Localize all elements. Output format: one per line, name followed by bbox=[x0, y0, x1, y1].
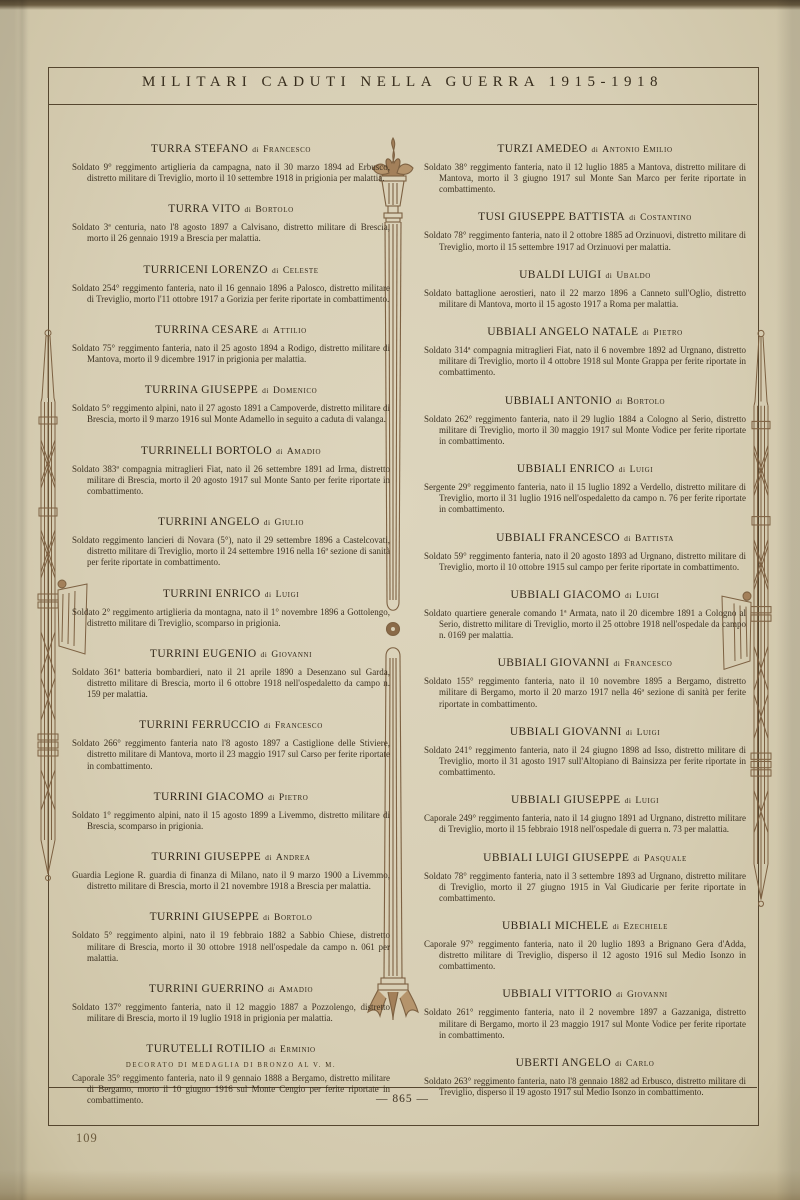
patronymic-connector: di bbox=[252, 145, 259, 154]
patronymic-connector: di bbox=[625, 591, 632, 600]
patronymic-connector: di bbox=[268, 985, 275, 994]
father-name: Francesco bbox=[624, 659, 672, 669]
soldier-name: TURRA VITO bbox=[168, 203, 240, 215]
father-name: Ezechiele bbox=[623, 922, 668, 932]
casualty-entry: TURRINI FERRUCCIO di Francesco Soldato 2… bbox=[72, 715, 390, 771]
patronymic-connector: di bbox=[269, 1045, 276, 1054]
casualty-entry: UBBIALI GIACOMO di Luigi Soldato quartie… bbox=[424, 585, 746, 641]
entry-text: Soldato 254° reggimento fanteria, nato i… bbox=[72, 283, 390, 305]
soldier-name: UBBIALI MICHELE bbox=[502, 920, 609, 932]
entry-text: Soldato 241° reggimento fanteria, nato i… bbox=[424, 745, 746, 778]
entry-text: Soldato 78° reggimento fanteria, nato il… bbox=[424, 230, 746, 252]
patronymic-connector: di bbox=[263, 913, 270, 922]
entry-heading: TURZI AMEDEO di Antonio Emilio bbox=[424, 139, 746, 157]
casualty-entry: TURRINA CESARE di Attilio Soldato 75° re… bbox=[72, 320, 390, 365]
title-divider-rule bbox=[48, 104, 757, 105]
patronymic-connector: di bbox=[272, 266, 279, 275]
soldier-name: UBBIALI ANTONIO bbox=[505, 395, 612, 407]
patronymic-connector: di bbox=[276, 447, 283, 456]
patronymic-connector: di bbox=[619, 465, 626, 474]
casualty-entry: UBERTI ANGELO di Carlo Soldato 263° regg… bbox=[424, 1053, 746, 1098]
entry-text: Soldato 314ª compagnia mitraglieri Fiat,… bbox=[424, 345, 746, 378]
scanned-book-page: MILITARI CADUTI NELLA GUERRA 1915-1918 bbox=[0, 0, 800, 1200]
patronymic-connector: di bbox=[262, 386, 269, 395]
entry-heading: TURRINI GIUSEPPE di Bortolo bbox=[72, 907, 390, 925]
entry-heading: TUSI GIUSEPPE BATTISTA di Costantino bbox=[424, 207, 746, 225]
entry-heading: UBERTI ANGELO di Carlo bbox=[424, 1053, 746, 1071]
patronymic-connector: di bbox=[264, 721, 271, 730]
father-name: Attilio bbox=[273, 326, 307, 336]
soldier-name: UBBIALI GIACOMO bbox=[511, 589, 621, 601]
casualty-entry: UBBIALI FRANCESCO di Battista Soldato 59… bbox=[424, 528, 746, 573]
entry-text: Soldato reggimento lancieri di Novara (5… bbox=[72, 535, 390, 568]
casualty-entry: UBBIALI MICHELE di Ezechiele Caporale 97… bbox=[424, 916, 746, 972]
casualty-entry: TURRINA GIUSEPPE di Domenico Soldato 5° … bbox=[72, 380, 390, 425]
patronymic-connector: di bbox=[616, 397, 623, 406]
casualty-entry: UBBIALI VITTORIO di Giovanni Soldato 261… bbox=[424, 984, 746, 1040]
entry-text: Soldato 262° reggimento fanteria, nato i… bbox=[424, 414, 746, 447]
entry-heading: UBBIALI ANGELO NATALE di Pietro bbox=[424, 322, 746, 340]
entry-heading: UBBIALI GIOVANNI di Francesco bbox=[424, 653, 746, 671]
patronymic-connector: di bbox=[625, 796, 632, 805]
entry-text: Caporale 97° reggimento fanteria, nato i… bbox=[424, 939, 746, 972]
patronymic-connector: di bbox=[262, 326, 269, 335]
casualty-entry: TURRINI EUGENIO di Giovanni Soldato 361ª… bbox=[72, 644, 390, 700]
patronymic-connector: di bbox=[591, 145, 598, 154]
soldier-name: TURRINI GIUSEPPE bbox=[151, 851, 261, 863]
soldier-name: TURRINA GIUSEPPE bbox=[145, 384, 258, 396]
father-name: Celeste bbox=[283, 266, 319, 276]
entry-text: Soldato 5° reggimento alpini, nato il 19… bbox=[72, 930, 390, 963]
entry-heading: TURRINI ENRICO di Luigi bbox=[72, 584, 390, 602]
soldier-name: UBERTI ANGELO bbox=[516, 1057, 612, 1069]
page-title: MILITARI CADUTI NELLA GUERRA 1915-1918 bbox=[48, 74, 757, 91]
father-name: Giulio bbox=[275, 518, 305, 528]
casualty-entry: UBBIALI GIOVANNI di Luigi Soldato 241° r… bbox=[424, 722, 746, 778]
entry-text: Soldato 383ª compagnia mitraglieri Fiat,… bbox=[72, 464, 390, 497]
father-name: Erminio bbox=[280, 1045, 316, 1055]
soldier-name: UBALDI LUIGI bbox=[519, 269, 601, 281]
page-number: — 865 — bbox=[48, 1093, 757, 1105]
entry-text: Soldato 9° reggimento artiglieria da cam… bbox=[72, 162, 390, 184]
entry-heading: TURRICENI LORENZO di Celeste bbox=[72, 260, 390, 278]
soldier-name: TURRICENI LORENZO bbox=[143, 264, 268, 276]
father-name: Luigi bbox=[637, 728, 661, 738]
casualty-entry: UBBIALI GIUSEPPE di Luigi Caporale 249° … bbox=[424, 790, 746, 835]
entry-heading: TURRINA CESARE di Attilio bbox=[72, 320, 390, 338]
father-name: Pasquale bbox=[644, 854, 687, 864]
father-name: Antonio Emilio bbox=[602, 145, 672, 155]
casualty-entry: UBALDI LUIGI di Ubaldo Soldato battaglio… bbox=[424, 265, 746, 310]
soldier-name: TURRINI FERRUCCIO bbox=[139, 719, 260, 731]
entry-heading: UBBIALI FRANCESCO di Battista bbox=[424, 528, 746, 546]
soldier-name: UBBIALI GIOVANNI bbox=[498, 657, 610, 669]
entry-text: Guardia Legione R. guardia di finanza di… bbox=[72, 870, 390, 892]
soldier-name: TURRINA CESARE bbox=[155, 324, 258, 336]
right-column: TURZI AMEDEO di Antonio Emilio Soldato 3… bbox=[424, 139, 746, 1110]
entry-text: Soldato 261° reggimento fanteria, nato i… bbox=[424, 1007, 746, 1040]
soldier-name: TUSI GIUSEPPE BATTISTA bbox=[478, 211, 625, 223]
casualty-entry: TURZI AMEDEO di Antonio Emilio Soldato 3… bbox=[424, 139, 746, 195]
entry-heading: TURRINI GUERRINO di Amadio bbox=[72, 979, 390, 997]
casualty-entry: TURRICENI LORENZO di Celeste Soldato 254… bbox=[72, 260, 390, 305]
father-name: Ubaldo bbox=[616, 271, 651, 281]
casualty-entry: UBBIALI LUIGI GIUSEPPE di Pasquale Solda… bbox=[424, 848, 746, 904]
soldier-name: UBBIALI GIOVANNI bbox=[510, 726, 622, 738]
soldier-name: TURRINI ENRICO bbox=[163, 588, 261, 600]
father-name: Andrea bbox=[276, 853, 311, 863]
patronymic-connector: di bbox=[264, 518, 271, 527]
father-name: Carlo bbox=[626, 1059, 654, 1069]
father-name: Pietro bbox=[279, 793, 309, 803]
entry-text: Caporale 249° reggimento fanteria, nato … bbox=[424, 813, 746, 835]
patronymic-connector: di bbox=[615, 1059, 622, 1068]
casualty-entry: UBBIALI ENRICO di Luigi Sergente 29° reg… bbox=[424, 459, 746, 515]
father-name: Luigi bbox=[636, 591, 660, 601]
casualty-entry: TUSI GIUSEPPE BATTISTA di Costantino Sol… bbox=[424, 207, 746, 252]
entry-heading: TURRINI FERRUCCIO di Francesco bbox=[72, 715, 390, 733]
entry-heading: UBBIALI VITTORIO di Giovanni bbox=[424, 984, 746, 1002]
entry-heading: TURRINELLI BORTOLO di Amadio bbox=[72, 441, 390, 459]
patronymic-connector: di bbox=[268, 793, 275, 802]
casualty-entry: UBBIALI GIOVANNI di Francesco Soldato 15… bbox=[424, 653, 746, 709]
father-name: Battista bbox=[635, 534, 674, 544]
casualty-entry: TURRINI ANGELO di Giulio Soldato reggime… bbox=[72, 512, 390, 568]
entry-text: Soldato 5° reggimento alpini, nato il 27… bbox=[72, 403, 390, 425]
entry-heading: TURRA VITO di Bortolo bbox=[72, 199, 390, 217]
entry-text: Soldato quartiere generale comando 1ª Ar… bbox=[424, 608, 746, 641]
entry-heading: UBBIALI GIOVANNI di Luigi bbox=[424, 722, 746, 740]
father-name: Giovanni bbox=[627, 990, 668, 1000]
entry-heading: TURRINI EUGENIO di Giovanni bbox=[72, 644, 390, 662]
father-name: Giovanni bbox=[271, 650, 312, 660]
entry-heading: TURRINI GIACOMO di Pietro bbox=[72, 787, 390, 805]
soldier-name: TURUTELLI ROTILIO bbox=[146, 1043, 265, 1055]
father-name: Francesco bbox=[275, 721, 323, 731]
father-name: Domenico bbox=[273, 386, 317, 396]
entry-text: Soldato 1° reggimento alpini, nato il 15… bbox=[72, 810, 390, 832]
entry-heading: TURRINI GIUSEPPE di Andrea bbox=[72, 847, 390, 865]
patronymic-connector: di bbox=[613, 922, 620, 931]
soldier-name: UBBIALI FRANCESCO bbox=[496, 532, 620, 544]
soldier-name: UBBIALI GIUSEPPE bbox=[511, 794, 621, 806]
casualty-entry: TURRINI GUERRINO di Amadio Soldato 137° … bbox=[72, 979, 390, 1024]
father-name: Luigi bbox=[630, 465, 654, 475]
entry-text: Soldato 2° reggimento artiglieria da mon… bbox=[72, 607, 390, 629]
entry-heading: UBBIALI ENRICO di Luigi bbox=[424, 459, 746, 477]
father-name: Amadio bbox=[279, 985, 313, 995]
patronymic-connector: di bbox=[642, 328, 649, 337]
soldier-name: TURRINELLI BORTOLO bbox=[141, 445, 272, 457]
patronymic-connector: di bbox=[616, 990, 623, 999]
soldier-name: TURRINI EUGENIO bbox=[150, 648, 257, 660]
casualty-entry: TURRINI ENRICO di Luigi Soldato 2° reggi… bbox=[72, 584, 390, 629]
patronymic-connector: di bbox=[606, 271, 613, 280]
casualty-entry: TURRA VITO di Bortolo Soldato 3ª centuri… bbox=[72, 199, 390, 244]
entry-text: Soldato battaglione aerostieri, nato il … bbox=[424, 288, 746, 310]
father-name: Bortolo bbox=[627, 397, 665, 407]
casualty-entry: TURRINELLI BORTOLO di Amadio Soldato 383… bbox=[72, 441, 390, 497]
father-name: Luigi bbox=[635, 796, 659, 806]
entry-heading: UBBIALI GIUSEPPE di Luigi bbox=[424, 790, 746, 808]
entry-text: Soldato 78° reggimento fanteria, nato il… bbox=[424, 871, 746, 904]
soldier-name: TURRINI GIUSEPPE bbox=[150, 911, 260, 923]
entry-heading: UBBIALI ANTONIO di Bortolo bbox=[424, 391, 746, 409]
father-name: Amadio bbox=[287, 447, 321, 457]
entry-text: Soldato 75° reggimento fanteria, nato il… bbox=[72, 343, 390, 365]
entry-text: Soldato 266° reggimento fanteria nato l'… bbox=[72, 738, 390, 771]
entry-heading: TURRINI ANGELO di Giulio bbox=[72, 512, 390, 530]
entry-heading: TURUTELLI ROTILIO di Erminio bbox=[72, 1039, 390, 1057]
entry-text: Soldato 155° reggimento fanteria, nato i… bbox=[424, 676, 746, 709]
entry-text: Soldato 137° reggimento fanteria, nato i… bbox=[72, 1002, 390, 1024]
soldier-name: UBBIALI VITTORIO bbox=[502, 988, 612, 1000]
patronymic-connector: di bbox=[261, 650, 268, 659]
soldier-name: UBBIALI LUIGI GIUSEPPE bbox=[483, 852, 629, 864]
patronymic-connector: di bbox=[245, 205, 252, 214]
soldier-name: UBBIALI ANGELO NATALE bbox=[487, 326, 638, 338]
casualty-entry: TURRINI GIUSEPPE di Bortolo Soldato 5° r… bbox=[72, 907, 390, 963]
soldier-name: TURRINI GIACOMO bbox=[154, 791, 264, 803]
casualty-entry: UBBIALI ANTONIO di Bortolo Soldato 262° … bbox=[424, 391, 746, 447]
soldier-name: TURRINI GUERRINO bbox=[149, 983, 264, 995]
father-name: Pietro bbox=[653, 328, 683, 338]
soldier-name: TURRINI ANGELO bbox=[158, 516, 260, 528]
patronymic-connector: di bbox=[265, 853, 272, 862]
entry-heading: UBBIALI GIACOMO di Luigi bbox=[424, 585, 746, 603]
casualty-entry: TURRINI GIUSEPPE di Andrea Guardia Legio… bbox=[72, 847, 390, 892]
father-name: Costantino bbox=[640, 213, 692, 223]
entry-heading: TURRINA GIUSEPPE di Domenico bbox=[72, 380, 390, 398]
entry-heading: UBALDI LUIGI di Ubaldo bbox=[424, 265, 746, 283]
decoration-line: DECORATO DI MEDAGLIA DI BRONZO AL V. M. bbox=[72, 1062, 390, 1069]
soldier-name: TURRA STEFANO bbox=[151, 143, 248, 155]
entry-heading: UBBIALI LUIGI GIUSEPPE di Pasquale bbox=[424, 848, 746, 866]
entry-text: Soldato 59° reggimento fanteria, nato il… bbox=[424, 551, 746, 573]
patronymic-connector: di bbox=[624, 534, 631, 543]
patronymic-connector: di bbox=[626, 728, 633, 737]
casualty-entry: TURRINI GIACOMO di Pietro Soldato 1° reg… bbox=[72, 787, 390, 832]
patronymic-connector: di bbox=[265, 590, 272, 599]
folio-number: 109 bbox=[76, 1131, 98, 1146]
soldier-name: UBBIALI ENRICO bbox=[517, 463, 615, 475]
father-name: Bortolo bbox=[274, 913, 312, 923]
left-column: TURRA STEFANO di Francesco Soldato 9° re… bbox=[72, 139, 390, 1122]
father-name: Bortolo bbox=[255, 205, 293, 215]
casualty-entry: TURRA STEFANO di Francesco Soldato 9° re… bbox=[72, 139, 390, 184]
father-name: Francesco bbox=[263, 145, 311, 155]
casualty-entry: UBBIALI ANGELO NATALE di Pietro Soldato … bbox=[424, 322, 746, 378]
father-name: Luigi bbox=[276, 590, 300, 600]
entry-text: Sergente 29° reggimento fanteria, nato i… bbox=[424, 482, 746, 515]
entry-text: Soldato 361ª batteria bombardieri, nato … bbox=[72, 667, 390, 700]
patronymic-connector: di bbox=[633, 854, 640, 863]
entry-heading: UBBIALI MICHELE di Ezechiele bbox=[424, 916, 746, 934]
entry-text: Soldato 3ª centuria, nato l'8 agosto 189… bbox=[72, 222, 390, 244]
entry-heading: TURRA STEFANO di Francesco bbox=[72, 139, 390, 157]
soldier-name: TURZI AMEDEO bbox=[497, 143, 587, 155]
entry-text: Soldato 38° reggimento fanteria, nato il… bbox=[424, 162, 746, 195]
patronymic-connector: di bbox=[614, 659, 621, 668]
patronymic-connector: di bbox=[629, 213, 636, 222]
